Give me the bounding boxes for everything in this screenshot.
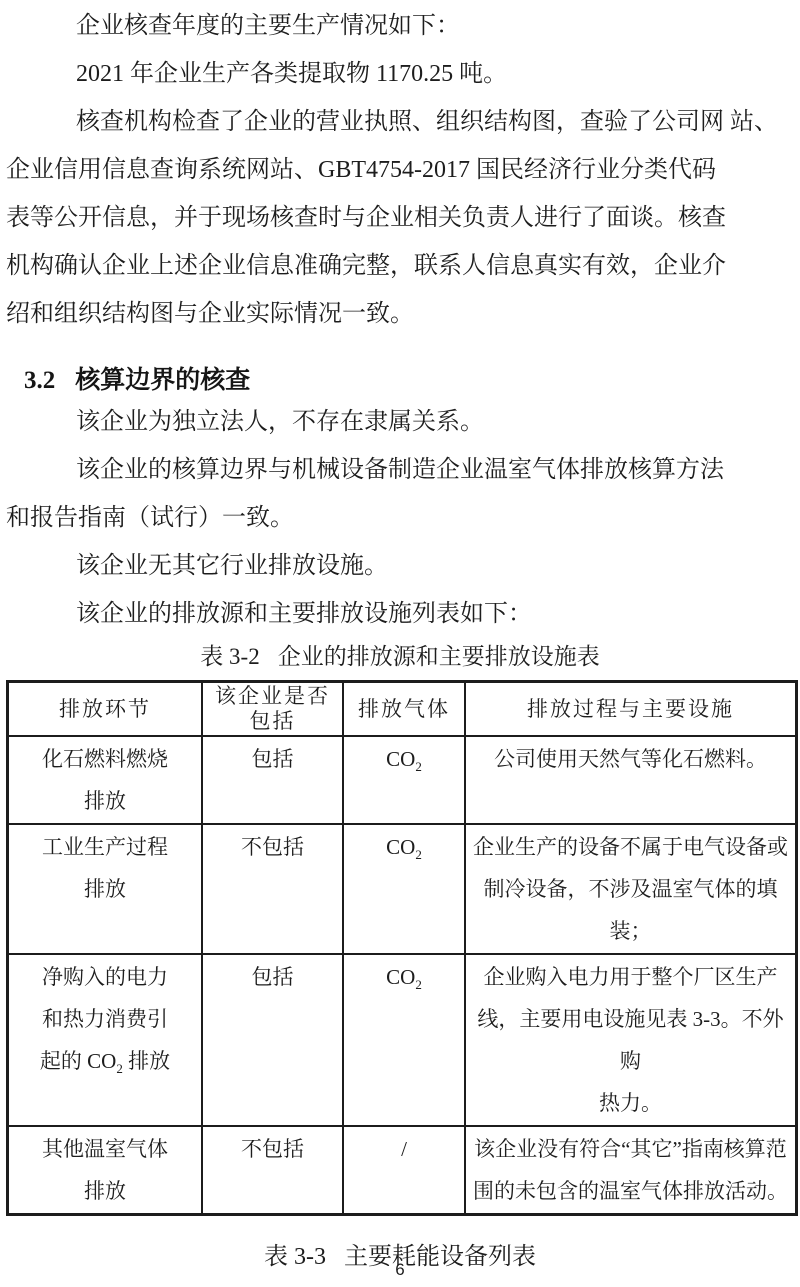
- cell-description: 该企业没有符合“其它”指南核算范 围的未包含的温室气体排放活动。: [465, 1126, 797, 1215]
- section-paragraph-3: 该企业无其它行业排放设施。: [6, 542, 794, 590]
- cell-description: 企业生产的设备不属于电气设备或 制冷设备，不涉及温室气体的填装；: [465, 824, 797, 954]
- table-row: 工业生产过程 排放 不包括 CO2 企业生产的设备不属于电气设备或 制冷设备，不…: [8, 824, 797, 954]
- document-page: 企业核查年度的主要生产情况如下： 2021 年企业生产各类提取物 1170.25…: [0, 0, 800, 1287]
- section-heading-3-2: 3.2核算边界的核查: [24, 364, 794, 398]
- intro-paragraph-1: 企业核查年度的主要生产情况如下：: [6, 2, 794, 50]
- emission-sources-table: 排放环节 该企业是否 包括 排放气体 排放过程与主要设施 化石燃料燃烧 排放 包…: [6, 680, 798, 1216]
- section-title: 核算边界的核查: [75, 367, 250, 394]
- gas-subscript: 2: [415, 977, 422, 992]
- table-3-2-caption: 表 3-2企业的排放源和主要排放设施表: [6, 642, 794, 672]
- gas-formula: CO: [386, 835, 415, 859]
- table-3-2-caption-text: 企业的排放源和主要排放设施表: [278, 644, 600, 669]
- table-row: 化石燃料燃烧 排放 包括 CO2 公司使用天然气等化石燃料。: [8, 736, 797, 824]
- table-header-row: 排放环节 该企业是否 包括 排放气体 排放过程与主要设施: [8, 682, 797, 737]
- section-paragraph-1: 该企业为独立法人，不存在隶属关系。: [6, 398, 794, 446]
- cell-included: 不包括: [202, 824, 343, 954]
- section-number: 3.2: [24, 367, 55, 394]
- page-number: 6: [0, 1260, 800, 1280]
- table-row: 净购入的电力 和热力消费引 起的 CO2 排放 包括 CO2 企业购入电力用于整…: [8, 954, 797, 1126]
- cell-included: 不包括: [202, 1126, 343, 1215]
- cell-included: 包括: [202, 736, 343, 824]
- cell-process: 化石燃料燃烧 排放: [8, 736, 203, 824]
- cell-gas: CO2: [343, 954, 465, 1126]
- section-paragraph-4: 该企业的排放源和主要排放设施列表如下：: [6, 590, 794, 638]
- header-cell-description: 排放过程与主要设施: [465, 682, 797, 737]
- cell-description: 企业购入电力用于整个厂区生产 线，主要用电设施见表 3-3。不外购 热力。: [465, 954, 797, 1126]
- cell-process: 其他温室气体 排放: [8, 1126, 203, 1215]
- cell-gas: CO2: [343, 824, 465, 954]
- gas-formula: CO: [386, 965, 415, 989]
- table-3-2-caption-label: 表 3-2: [200, 644, 259, 669]
- gas-formula: /: [401, 1137, 407, 1161]
- table-row: 其他温室气体 排放 不包括 / 该企业没有符合“其它”指南核算范 围的未包含的温…: [8, 1126, 797, 1215]
- cell-gas: CO2: [343, 736, 465, 824]
- header-cell-process: 排放环节: [8, 682, 203, 737]
- gas-formula: CO: [386, 747, 415, 771]
- cell-description: 公司使用天然气等化石燃料。: [465, 736, 797, 824]
- cell-included: 包括: [202, 954, 343, 1126]
- intro-paragraph-2: 2021 年企业生产各类提取物 1170.25 吨。: [6, 50, 794, 98]
- gas-subscript: 2: [415, 759, 422, 774]
- header-cell-included: 该企业是否 包括: [202, 682, 343, 737]
- cell-process: 工业生产过程 排放: [8, 824, 203, 954]
- cell-gas: /: [343, 1126, 465, 1215]
- section-paragraph-2: 该企业的核算边界与机械设备制造企业温室气体排放核算方法 和报告指南（试行）一致。: [6, 446, 794, 542]
- header-cell-gas: 排放气体: [343, 682, 465, 737]
- gas-subscript: 2: [415, 847, 422, 862]
- cell-process: 净购入的电力 和热力消费引 起的 CO2 排放: [8, 954, 203, 1126]
- intro-paragraph-3: 核查机构检查了企业的营业执照、组织结构图，查验了公司网 站、 企业信用信息查询系…: [6, 98, 794, 338]
